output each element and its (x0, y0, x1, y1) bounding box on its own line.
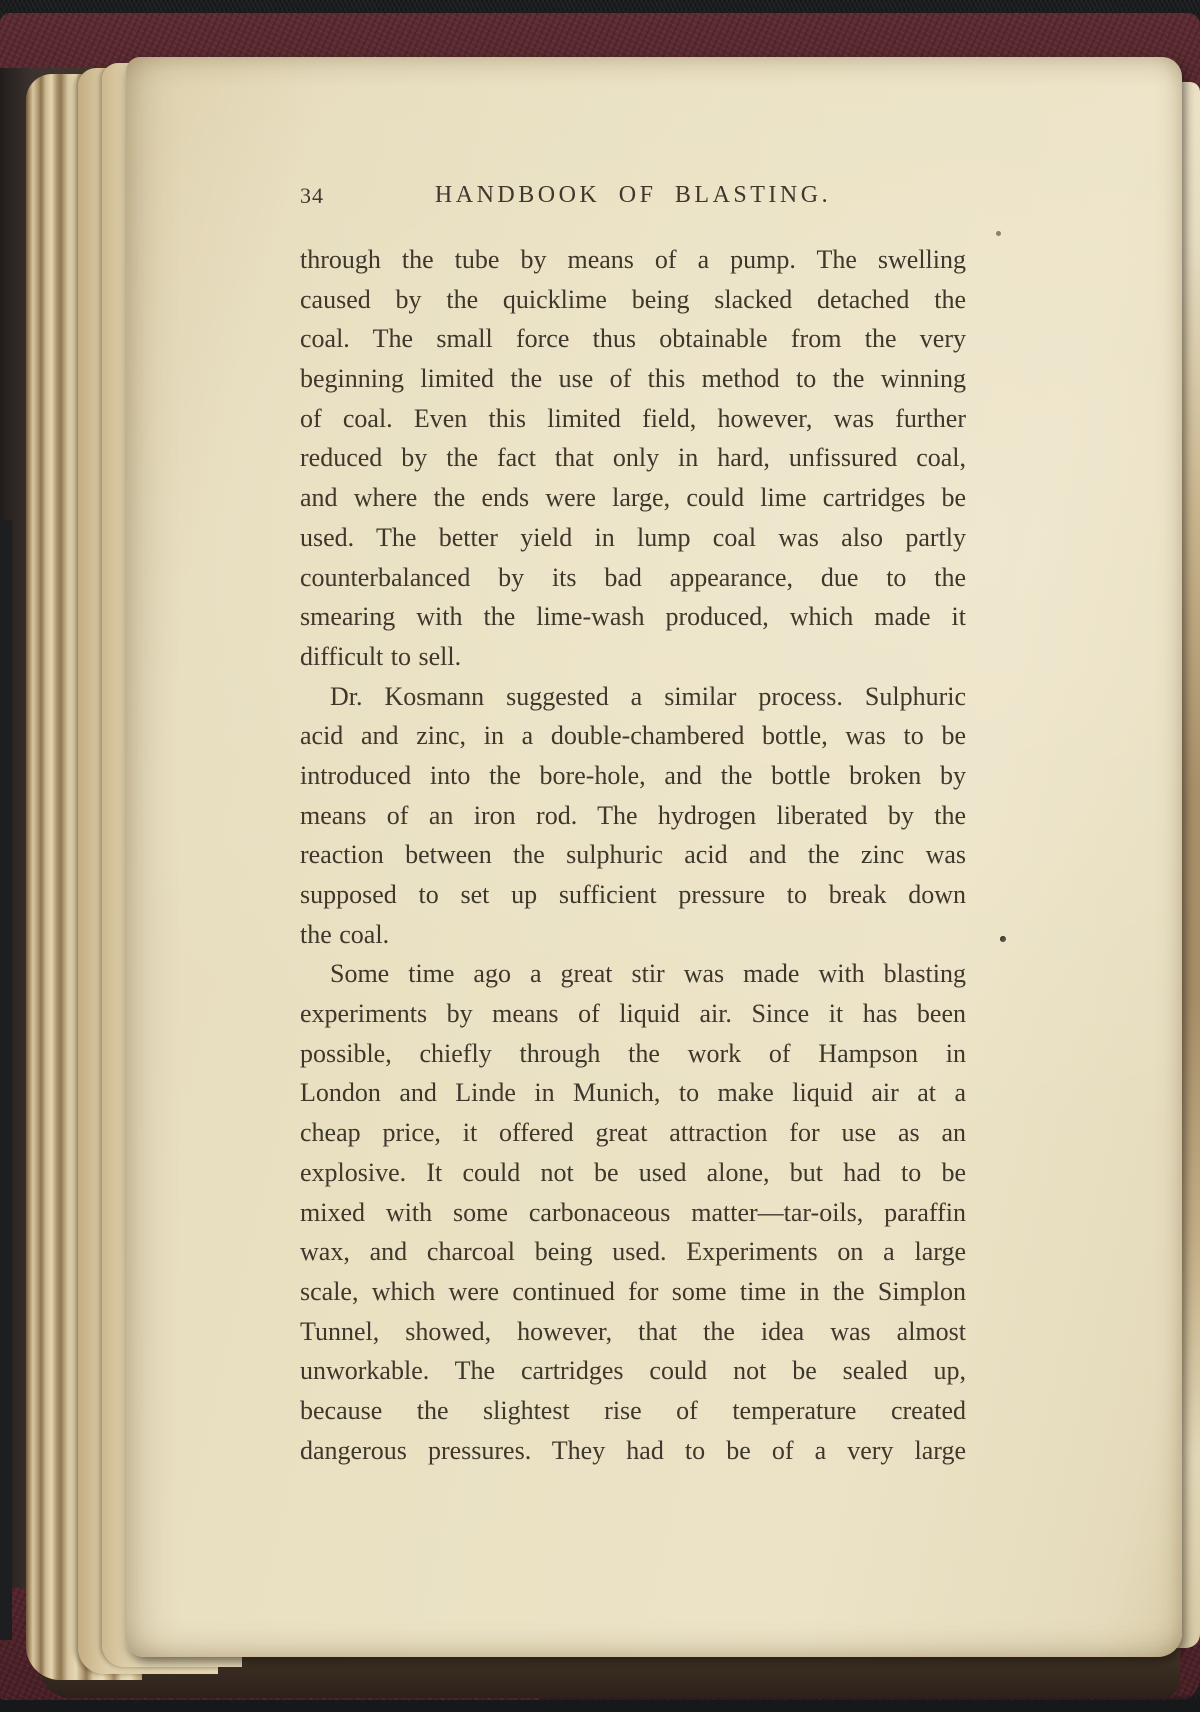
text-line: through the tube by means of a pump. The… (300, 240, 966, 280)
text-line: difficult to sell. (300, 637, 966, 677)
text-line: because the slightest rise of temperatur… (300, 1391, 966, 1431)
text-line: mixed with some carbonaceous matter—tar-… (300, 1193, 966, 1233)
text-line: possible, chiefly through the work of Ha… (300, 1034, 966, 1074)
text-line: coal. The small force thus obtainable fr… (300, 319, 966, 359)
text-line: unworkable. The cartridges could not be … (300, 1351, 966, 1391)
text-line: experiments by means of liquid air. Sinc… (300, 994, 966, 1034)
paragraph: through the tube by means of a pump. The… (300, 240, 966, 677)
paragraph: Dr. Kosmann suggested a similar process.… (300, 677, 966, 955)
text-line: Dr. Kosmann suggested a similar process.… (300, 677, 966, 717)
ink-speck (1000, 936, 1006, 942)
ink-speck (996, 231, 1001, 236)
book-scan: 34 HANDBOOK OF BLASTING. through the tub… (0, 0, 1200, 1712)
text-line: Some time ago a great stir was made with… (300, 954, 966, 994)
text-line: counterbalanced by its bad appearance, d… (300, 558, 966, 598)
text-line: caused by the quicklime being slacked de… (300, 280, 966, 320)
text-line: introduced into the bore-hole, and the b… (300, 756, 966, 796)
text-line: of coal. Even this limited field, howeve… (300, 399, 966, 439)
text-line: reaction between the sulphuric acid and … (300, 835, 966, 875)
paragraph: Some time ago a great stir was made with… (300, 954, 966, 1470)
text-line: explosive. It could not be used alone, b… (300, 1153, 966, 1193)
text-block: through the tube by means of a pump. The… (300, 240, 966, 1470)
text-line: and where the ends were large, could lim… (300, 478, 966, 518)
text-line: means of an iron rod. The hydrogen liber… (300, 796, 966, 836)
text-line: used. The better yield in lump coal was … (300, 518, 966, 558)
text-line: supposed to set up sufficient pressure t… (300, 875, 966, 915)
text-line: London and Linde in Munich, to make liqu… (300, 1073, 966, 1113)
text-line: acid and zinc, in a double-chambered bot… (300, 716, 966, 756)
page-header-row: 34 HANDBOOK OF BLASTING. (300, 178, 966, 212)
text-line: reduced by the fact that only in hard, u… (300, 438, 966, 478)
text-line: cheap price, it offered great attraction… (300, 1113, 966, 1153)
text-line: the coal. (300, 915, 966, 955)
text-line: wax, and charcoal being used. Experiment… (300, 1232, 966, 1272)
text-line: smearing with the lime-wash produced, wh… (300, 597, 966, 637)
text-line: dangerous pressures. They had to be of a… (300, 1431, 966, 1471)
text-line: scale, which were continued for some tim… (300, 1272, 966, 1312)
page-text-layer: 34 HANDBOOK OF BLASTING. through the tub… (0, 0, 1200, 1712)
text-line: beginning limited the use of this method… (300, 359, 966, 399)
text-line: Tunnel, showed, however, that the idea w… (300, 1312, 966, 1352)
running-header: HANDBOOK OF BLASTING. (300, 178, 966, 212)
